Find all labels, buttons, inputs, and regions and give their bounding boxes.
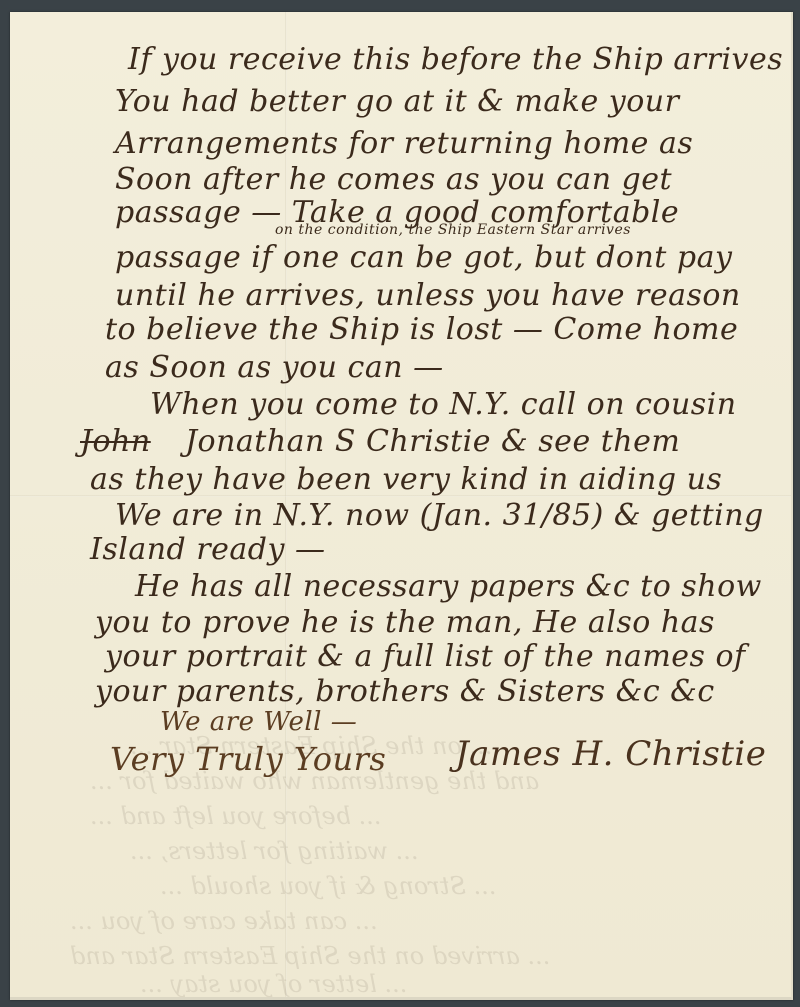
letter-line: your parents, brothers & Sisters &c &c [95, 674, 715, 709]
letter-line: You had better go at it & make your [115, 84, 679, 119]
letter-line: your portrait & a full list of the names… [105, 639, 746, 674]
insertion-note: on the condition, the Ship Eastern Star … [275, 222, 631, 238]
letter-line: Arrangements for returning home as [115, 126, 693, 161]
letter-line: you to prove he is the man, He also has [95, 605, 715, 640]
bleed-through-line: ... arrived on the Ship Eastern Star and [70, 942, 550, 970]
letter-line: as they have been very kind in aiding us [90, 462, 722, 497]
letter-line: If you receive this before the Ship arri… [128, 42, 783, 77]
letter-line: to believe the Ship is lost — Come home [105, 312, 738, 347]
bleed-through-line: ... can take care of you ... [70, 907, 378, 935]
letter-line: When you come to N.Y. call on cousin [150, 387, 737, 422]
letter-line: passage if one can be got, but dont pay [115, 240, 732, 275]
bleed-through-line: ... before you left and ... [90, 802, 382, 830]
letter-line: We are in N.Y. now (Jan. 31/85) & gettin… [115, 498, 764, 533]
signature: James H. Christie [455, 734, 766, 774]
letter-line: Soon after he comes as you can get [115, 162, 672, 197]
bleed-through-line: ... waiting for letters, ... [130, 837, 419, 865]
closing-line: Very Truly Yours [110, 740, 386, 778]
letter-line: Jonathan S Christie & see them [185, 424, 680, 459]
letter-line: as Soon as you can — [105, 350, 444, 385]
bleed-through-line: ... Strong & if you should ... [160, 872, 496, 900]
letter-line: until he arrives, unless you have reason [115, 278, 741, 313]
letter-line: We are Well — [160, 707, 357, 737]
letter-line: Island ready — [90, 532, 325, 567]
letter-line: He has all necessary papers &c to show [135, 569, 762, 604]
bleed-through-line: ... letter of you stay ... [140, 970, 407, 998]
struck-word: John [80, 424, 151, 459]
letter-page: ... on the Ship Eastern Star ... and the… [10, 12, 793, 1000]
